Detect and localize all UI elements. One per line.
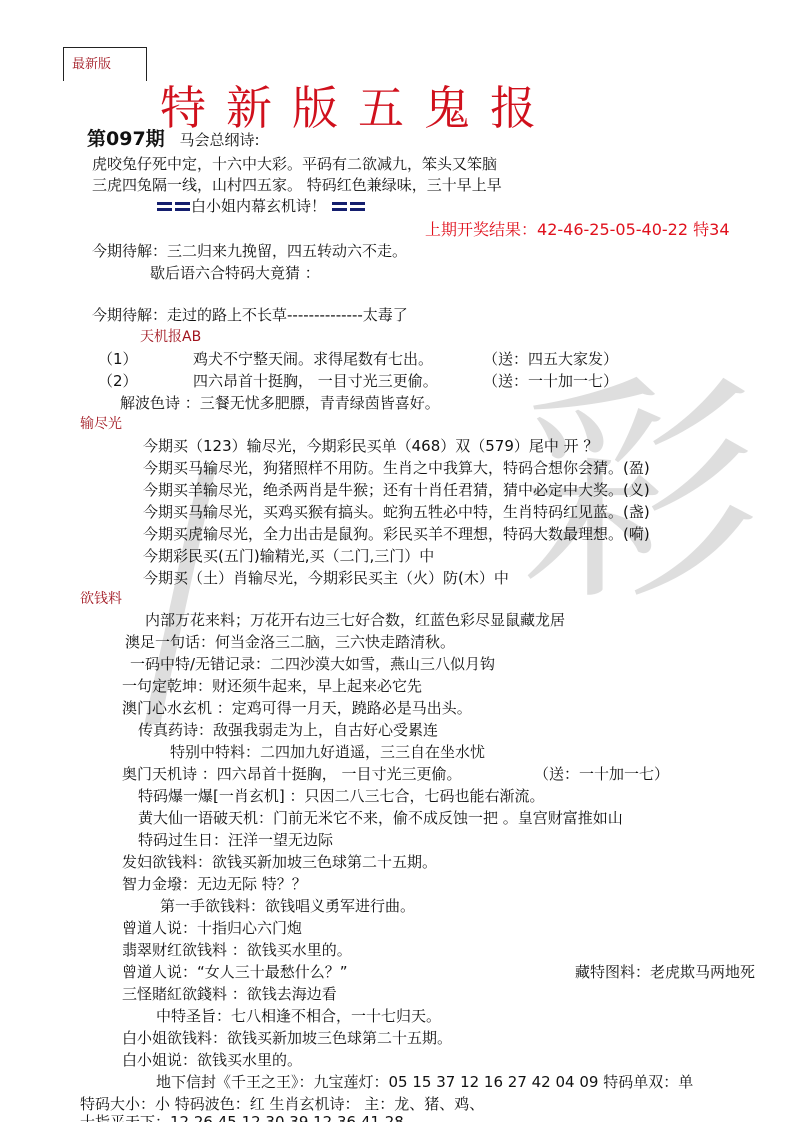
hidden-pic-hint: 藏特图料：老虎欺马两地死 <box>575 965 755 980</box>
last-result-numbers: 42-46-25-05-40-22 <box>537 220 688 239</box>
lose-line: 今期买马输尽光，买鸡买猴有搞头。蛇狗五牲必中特，生肖特码红见蓝。(盏) <box>143 505 650 520</box>
money-line: 发妇欲钱料：欲钱买新加坡三色球第二十五期。 <box>122 855 437 870</box>
money-line: 翡翠财红欲钱料 ：欲钱买水里的。 <box>122 943 352 958</box>
lose-line: 今期买（123）输尽光，今期彩民买单（468）双（579）尾中 开 ？ <box>143 439 598 454</box>
section-heading-money: 欲钱料 <box>80 592 122 606</box>
lose-line: 今期买虎输尽光，全力出击是鼠狗。彩民买羊不理想，特码大数最理想。(嗬) <box>143 527 650 542</box>
money-line: 传真药诗：敌强我弱走为上，自古好心受累连 <box>138 723 438 738</box>
version-badge-label: 最新版 <box>72 53 111 72</box>
riddle: 歇后语六合特码大竟猜 ： <box>150 266 320 281</box>
money-line: 智力金墢：无边无际 特？？ <box>122 877 307 892</box>
money-line: 曾道人说：“女人三十最愁什么？” <box>122 965 348 980</box>
bars-icon <box>157 201 191 213</box>
tianji-num: （2） <box>98 372 138 390</box>
page-title: 特新版五鬼报 <box>160 72 556 138</box>
poem-line: 虎咬兔仔死中定，十六中大彩。平码有二欲减九，笨头又笨脑 <box>92 157 497 172</box>
lose-line: 今期买羊输尽光，绝杀两肖是牛猴；还有十肖任君猜，猜中必定中大奖。(义) <box>143 483 650 498</box>
tianji-text: 鸡犬不宁整天闹。求得尾数有七出。 <box>193 352 433 367</box>
footer-line: 特码大小：小 特码波色：红 生肖玄机诗： 主：龙、猪、鸡、 <box>80 1097 484 1112</box>
footer-line: 十指平天下：12 26 45 12 30 39 12 36 41 28 <box>80 1115 404 1122</box>
money-line: 一句定乾坤：财还须牛起来，早上起来必它先 <box>122 679 422 694</box>
money-line: 特码过生日：汪洋一望无边际 <box>138 833 333 848</box>
riddle: 今期待解：三二归来九挽留，四五转动六不走。 <box>92 244 407 259</box>
lose-line: 今期彩民买(五门)输精光,买（二门,三门）中 <box>143 549 434 564</box>
aomen-poem: 奥门天机诗 ：四六昂首十挺胸， 一目寸光三更偷。 <box>122 765 462 783</box>
tianji-note: （送：四五大家发） <box>483 352 618 367</box>
money-line: 特码爆一爆[一肖玄机] ：只因二八三七合，七码也能右渐流。 <box>138 789 544 804</box>
money-line: 特别中特料：二四加九好逍遥，三三自在坐水忧 <box>170 745 485 760</box>
banner: 白小姐内幕玄机诗！ <box>157 199 366 214</box>
money-line: 澳足一句话：何当金洛三二脑，三六快走踏清秋。 <box>125 635 455 650</box>
lose-line: 今期买马输尽光，狗猪照样不用防。生肖之中我算大，特码合想你会猜。(盈) <box>143 461 650 476</box>
money-line: 澳门心水玄机 ：定鸡可得一月天，蹺路必是马出头。 <box>122 701 472 716</box>
money-line: 曾道人说：十指归心六门炮 <box>122 921 302 936</box>
money-line: 黄大仙一语破天机：门前无米它不来，偷不成反蚀一把 。皇宫财富推如山 <box>138 811 623 826</box>
banner-text: 白小姐内幕玄机诗！ <box>191 197 326 215</box>
tianji-text: 四六昂首十挺胸， 一目寸光三更偷。 <box>193 374 438 389</box>
tianji-num: （1） <box>98 350 138 368</box>
money-line: 内部万花来料；万花开右边三七好合数，红蓝色彩尽显鼠藏龙居 <box>145 613 565 628</box>
money-line: 三怪賭紅欲錢料 ：欲钱去海边看 <box>122 987 337 1002</box>
money-line: 奥门天机诗 ：四六昂首十挺胸， 一目寸光三更偷。 （送：一十加一七） <box>122 767 462 782</box>
poem-line: 三虎四兔隔一线，山村四五家。 特码红色兼绿味，三十早上早 <box>92 178 502 193</box>
version-badge: 最新版 <box>63 47 147 81</box>
last-result-special: 特34 <box>693 220 729 239</box>
money-line: 白小姐欲钱料：欲钱买新加坡三色球第二十五期。 <box>122 1031 452 1046</box>
tianji-item: （1） 鸡犬不宁整天闹。求得尾数有七出。 （送：四五大家发） <box>98 352 138 367</box>
last-result: 上期开奖结果：42-46-25-05-40-22 特34 <box>425 222 730 238</box>
footer-line: 地下信封《千王之王》：九宝莲灯：05 15 37 12 16 27 42 04 … <box>156 1075 693 1090</box>
last-result-label: 上期开奖结果： <box>425 220 537 239</box>
tianji-item: （2） 四六昂首十挺胸， 一目寸光三更偷。 （送：一十加一七） <box>98 374 138 389</box>
money-line: 中特圣旨：七八相逢不相合，一十七归天。 <box>156 1009 441 1024</box>
bars-icon <box>332 201 366 213</box>
tianji-note: （送：一十加一七） <box>483 374 618 389</box>
money-line: 白小姐说：欲钱买水里的。 <box>122 1053 302 1068</box>
money-line: 第一手欲钱料：欲钱唱义勇军进行曲。 <box>160 899 415 914</box>
money-line: 一码中特/无错记录：二四沙漠大如雪，燕山三八似月钩 <box>130 657 495 672</box>
aomen-note: （送：一十加一七） <box>534 767 669 782</box>
lose-line: 今期买（土）肖输尽光，今期彩民买主（火）防(木）中 <box>143 571 509 586</box>
issue-line: 第097期 马会总纲诗: <box>87 130 260 149</box>
wave-poem: 解波色诗 ：三餐无忧多肥膘，青青绿茵皆喜好。 <box>120 396 440 411</box>
section-heading-tianji: 天机报AB <box>140 330 201 344</box>
issue-number: 第097期 <box>87 128 165 150</box>
section-heading-lose: 输尽光 <box>80 417 122 431</box>
riddle: 今期待解：走过的路上不长草--------------太毒了 <box>92 308 408 323</box>
issue-subtitle: 马会总纲诗: <box>179 131 259 149</box>
